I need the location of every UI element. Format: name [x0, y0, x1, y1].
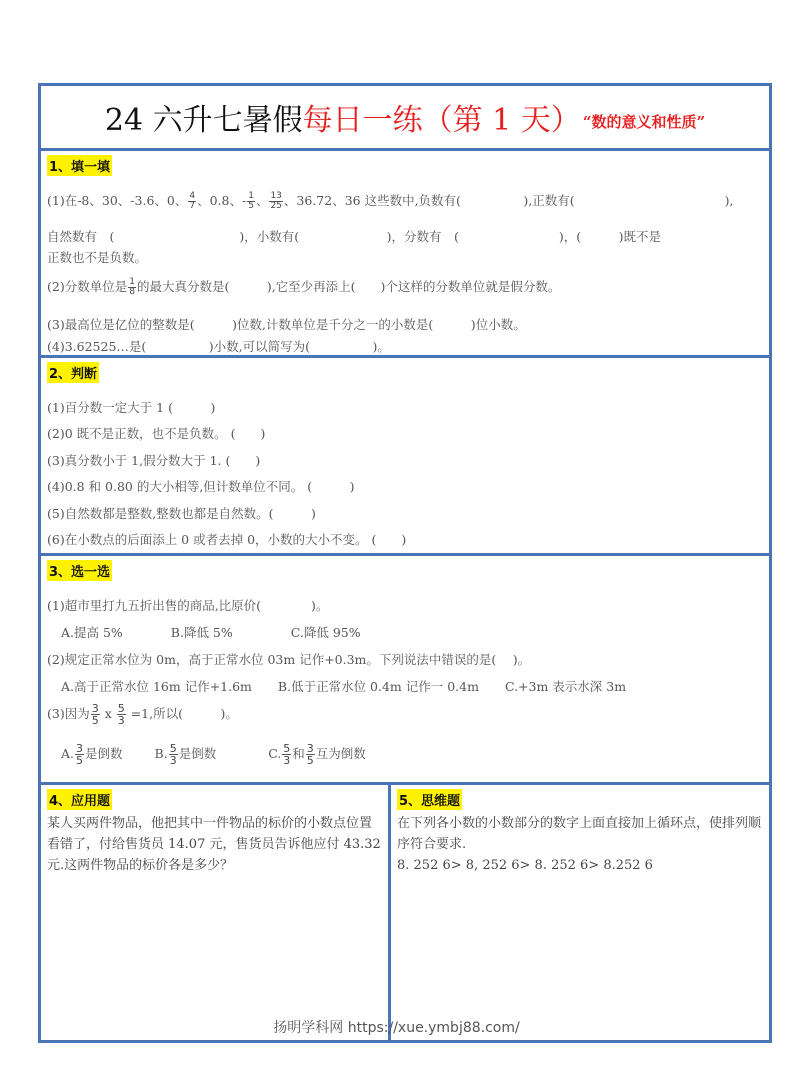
- section-choose: 3、选一选 (1)超市里打九五折出售的商品,比原价( )。 A.提高 5% B.…: [47, 556, 763, 781]
- option-b: B.降低 5%: [171, 625, 233, 640]
- question-1-line2: 自然数有 ( )，小数有( )，分数有 ( )，( )既不是: [47, 227, 661, 245]
- fraction: 35: [91, 703, 100, 726]
- apply-question: 某人买两件物品，他把其中一件物品的标价的小数点位置看错了，付给售货员 14.07…: [47, 813, 382, 876]
- page-title: 24 六升七暑假每日一练（第 1 天）“数的意义和性质”: [41, 86, 769, 148]
- title-black: 24 六升七暑假: [105, 95, 303, 139]
- q-text: 、0.8、-: [197, 193, 246, 208]
- q-text: 、36.72、36 这些数中,负数有( ),正数有( ),: [284, 193, 734, 208]
- column-divider: [388, 782, 391, 1040]
- fraction: 1325: [269, 192, 282, 211]
- fraction: 47: [188, 192, 196, 211]
- choose-q2: (2)规定正常水位为 0m，高于正常水位 03m 记作+0.3m。下列说法中错误…: [47, 650, 530, 668]
- title-subtitle: “数的意义和性质”: [583, 103, 705, 132]
- judge-item: (4)0.8 和 0.80 的大小相等,但计数单位不同。 ( ): [47, 477, 355, 495]
- section-fill: 1、填一填 (1)在-8、30、-3.6、0、47、0.8、-15、1325、3…: [47, 151, 763, 356]
- think-sequence: 8. 252 6> 8, 252 6> 8. 252 6> 8.252 6: [397, 855, 769, 876]
- choose-q2-options: A.高于正常水位 16m 记作+1.6m B.低于正常水位 0.4m 记作一 0…: [61, 677, 626, 695]
- choose-q1-options: A.提高 5% B.降低 5% C.降低 95%: [61, 623, 361, 641]
- option-c: C.53和35互为倒数: [268, 746, 366, 761]
- fraction: 18: [128, 278, 136, 297]
- question-2: (2)分数单位是18的最大真分数是( ),它至少再添上( )个这样的分数单位就是…: [47, 277, 560, 297]
- section-heading: 3、选一选: [47, 560, 112, 581]
- question-3: (3)最高位是亿位的整数是( )位数,计数单位是千分之一的小数是( )位小数。: [47, 315, 526, 333]
- judge-item: (2)0 既不是正数，也不是负数。 ( ): [47, 424, 265, 442]
- option-a: A.提高 5%: [61, 625, 123, 640]
- fraction: 53: [117, 703, 126, 726]
- q-text: (1)在-8、30、-3.6、0、: [47, 193, 187, 208]
- fraction: 15: [247, 192, 255, 211]
- section-heading: 2、判断: [47, 362, 99, 383]
- option-b: B.低于正常水位 0.4m 记作一 0.4m: [278, 679, 479, 694]
- section-heading: 1、填一填: [47, 155, 112, 176]
- option-a: A.高于正常水位 16m 记作+1.6m: [61, 679, 252, 694]
- title-red: 每日一练（第 1 天）: [303, 95, 581, 139]
- section-apply: 4、应用题 某人买两件物品，他把其中一件物品的标价的小数点位置看错了，付给售货员…: [47, 785, 382, 876]
- section-heading: 4、应用题: [47, 789, 112, 810]
- think-question: 在下列各小数的小数部分的数字上面直接加上循环点，使排列顺序符合要求.: [397, 813, 769, 855]
- option-a: A.35是倒数: [61, 746, 123, 761]
- choose-q1: (1)超市里打九五折出售的商品,比原价( )。: [47, 596, 328, 614]
- footer-watermark: 扬明学科网 https://xue.ymbj88.com/: [0, 1017, 793, 1037]
- choose-q3: (3)因为35 x 53 =1,所以( )。: [47, 703, 238, 726]
- judge-item: (3)真分数小于 1,假分数大于 1. ( ): [47, 451, 260, 469]
- section-judge: 2、判断 (1)百分数一定大于 1 ( ) (2)0 既不是正数，也不是负数。 …: [47, 358, 763, 553]
- question-1-line3: 正数也不是负数。: [47, 248, 147, 266]
- option-b: B.53是倒数: [155, 746, 217, 761]
- worksheet-frame: 24 六升七暑假每日一练（第 1 天）“数的意义和性质” 1、填一填 (1)在-…: [38, 83, 772, 1043]
- judge-item: (6)在小数点的后面添上 0 或者去掉 0，小数的大小不变。 ( ): [47, 530, 406, 548]
- section-think: 5、思维题 在下列各小数的小数部分的数字上面直接加上循环点，使排列顺序符合要求.…: [397, 785, 769, 876]
- question-4: (4)3.62525…是( )小数,可以简写为( )。: [47, 337, 390, 355]
- judge-item: (1)百分数一定大于 1 ( ): [47, 398, 215, 416]
- judge-item: (5)自然数都是整数,整数也都是自然数。( ): [47, 504, 316, 522]
- question-1: (1)在-8、30、-3.6、0、47、0.8、-15、1325、36.72、3…: [47, 191, 734, 211]
- section-heading: 5、思维题: [397, 789, 462, 810]
- option-c: C.+3m 表示水深 3m: [505, 679, 626, 694]
- option-c: C.降低 95%: [291, 625, 361, 640]
- choose-q3-options: A.35是倒数 B.53是倒数 C.53和35互为倒数: [61, 743, 366, 766]
